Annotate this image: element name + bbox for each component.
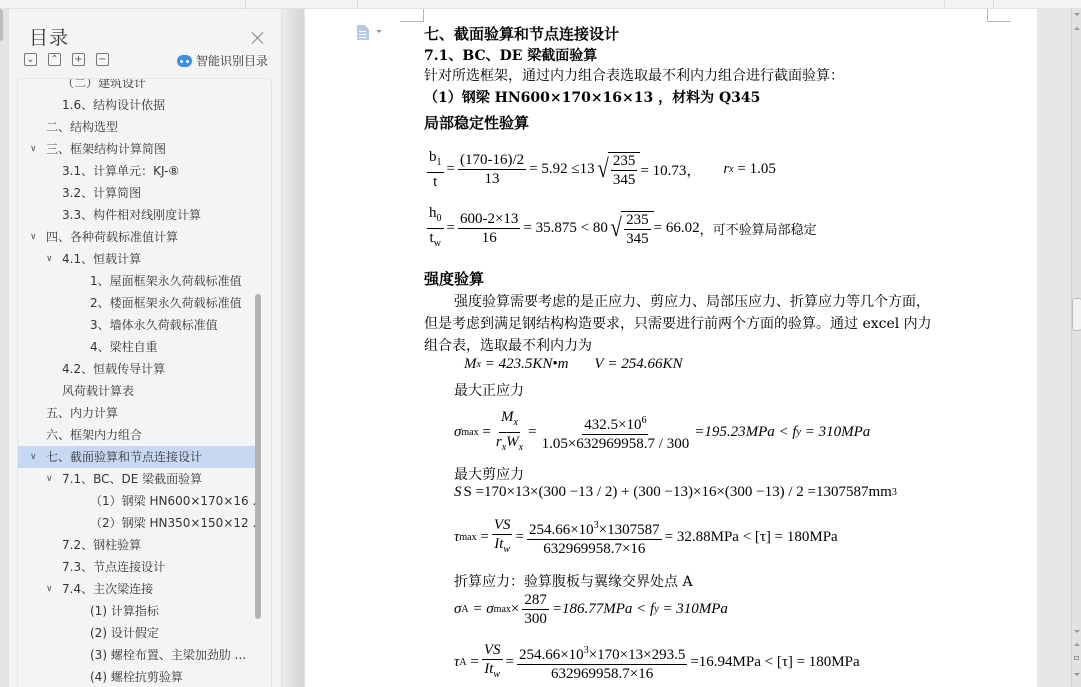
sqrt: √235345 bbox=[609, 211, 654, 247]
toc-item[interactable]: (3) 螺栓布置、主梁加劲肋 ... bbox=[18, 644, 255, 666]
toc-item-label: 2、楼面框架永久荷载标准值 bbox=[90, 292, 242, 314]
paragraph-doc-icon[interactable] bbox=[357, 25, 369, 40]
smart-recognize-toc-button[interactable]: 智能识别目录 bbox=[177, 52, 268, 69]
toolbar-separator bbox=[944, 0, 945, 9]
crop-mark-left bbox=[400, 9, 424, 22]
toc-list-container: （二）建筑设计1.6、结构设计依据二、结构选型∨三、框架结构计算简图3.1、计算… bbox=[17, 78, 272, 687]
chevron-down-icon[interactable]: ∨ bbox=[46, 248, 56, 270]
toc-item[interactable]: 1、屋面框架永久荷载标准值 bbox=[18, 270, 255, 292]
top-toolbar-strip bbox=[0, 0, 1081, 9]
toolbar-separator bbox=[993, 0, 994, 9]
toc-item[interactable]: 风荷载计算表 bbox=[18, 380, 255, 402]
toc-item-label: 三、框架结构计算简图 bbox=[46, 138, 166, 160]
local-stability-title: 局部稳定性验算 bbox=[424, 112, 529, 133]
remove-item-button[interactable]: − bbox=[96, 53, 109, 66]
toolbar-separator bbox=[357, 0, 358, 9]
subsection-heading: 7.1、BC、DE 梁截面验算 bbox=[424, 45, 597, 65]
toc-item[interactable]: 五、内力计算 bbox=[18, 402, 255, 424]
toc-item[interactable]: 7.3、节点连接设计 bbox=[18, 556, 255, 578]
max-normal-stress-label: 最大正应力 bbox=[454, 380, 524, 400]
toc-item-label: 7.3、节点连接设计 bbox=[62, 556, 165, 578]
fraction: 600-2×13 16 bbox=[458, 211, 520, 246]
toc-item-label: (2) 设计假定 bbox=[90, 622, 159, 644]
toc-item-label: (4) 螺栓抗剪验算 bbox=[90, 666, 183, 687]
scroll-up-icon[interactable] bbox=[1074, 27, 1080, 30]
reduced-stress-label: 折算应力：验算腹板与翼缘交界处点 A bbox=[454, 571, 693, 591]
fraction: (170-16)/2 13 bbox=[458, 152, 526, 187]
toc-item-label: 二、结构选型 bbox=[46, 116, 118, 138]
toc-item-label: 4.2、恒载传导计算 bbox=[62, 358, 165, 380]
toc-item-label: 五、内力计算 bbox=[46, 402, 118, 424]
equation-normal-stress: σmax = Mx rxWx = 432.5×106 1.05×63296995… bbox=[454, 409, 870, 456]
toc-item-label: 7.1、BC、DE 梁截面验算 bbox=[62, 468, 202, 490]
toc-item[interactable]: 六、框架内力组合 bbox=[18, 424, 255, 446]
toc-item-label: 七、截面验算和节点连接设计 bbox=[46, 446, 202, 468]
toc-item-label: 7.2、钢柱验算 bbox=[62, 534, 141, 556]
toc-item[interactable]: 4.2、恒载传导计算 bbox=[18, 358, 255, 380]
left-edge-panel bbox=[0, 9, 9, 687]
next-page-icon[interactable] bbox=[1074, 673, 1080, 676]
toc-item-label: 六、框架内力组合 bbox=[46, 424, 142, 446]
toc-item[interactable]: （2）钢梁 HN350×150×12 ... bbox=[18, 512, 255, 534]
toc-item-label: （2）钢梁 HN350×150×12 ... bbox=[90, 512, 255, 534]
toc-item[interactable]: 2、楼面框架永久荷载标准值 bbox=[18, 292, 255, 314]
toc-title: 目录 bbox=[29, 23, 69, 50]
expand-all-button[interactable]: ⌃ bbox=[48, 53, 61, 66]
toc-item[interactable]: 二、结构选型 bbox=[18, 116, 255, 138]
fraction: b1 t bbox=[427, 149, 444, 190]
equation-flange-ratio: b1 t = (170-16)/2 13 = 5.92 ≤13 √235345 … bbox=[424, 149, 776, 190]
design-forces: Mx = 423.5KN•m V = 254.66KN bbox=[464, 356, 682, 373]
strength-paragraph-line: 强度验算需要考虑的是正应力、剪应力、局部压应力、折算应力等几个方面， bbox=[454, 291, 930, 311]
toc-item[interactable]: 3.1、计算单元：KJ-⑧ bbox=[18, 160, 255, 182]
toc-item-label: (1) 计算指标 bbox=[90, 600, 159, 622]
toc-item[interactable]: 3.3、构件相对线刚度计算 bbox=[18, 204, 255, 226]
toc-item[interactable]: (1) 计算指标 bbox=[18, 600, 255, 622]
toc-item-label: 1.6、结构设计依据 bbox=[62, 94, 165, 116]
toc-panel: 目录 ⌄ ⌃ + − 智能识别目录 （二）建筑设计1.6、结构设计依据二、结构选… bbox=[9, 9, 282, 687]
panel-gutter bbox=[282, 9, 304, 687]
fraction: h0 tw bbox=[427, 205, 444, 252]
add-item-button[interactable]: + bbox=[72, 53, 85, 66]
scrollbar-thumb[interactable] bbox=[1072, 298, 1081, 331]
toc-item[interactable]: ∨三、框架结构计算简图 bbox=[18, 138, 255, 160]
scroll-down-icon[interactable] bbox=[1074, 630, 1080, 633]
collapse-all-button[interactable]: ⌄ bbox=[24, 53, 37, 66]
toc-item[interactable]: （二）建筑设计 bbox=[18, 78, 255, 94]
fraction: VS Itw bbox=[492, 517, 513, 558]
fraction: Mx rxWx bbox=[494, 409, 525, 456]
toolbar-separator bbox=[245, 0, 246, 9]
toc-scrollbar-thumb[interactable] bbox=[255, 294, 261, 619]
fraction: 254.66×103×1307587 632969958.7×16 bbox=[527, 518, 662, 557]
toc-item[interactable]: 3.2、计算简图 bbox=[18, 182, 255, 204]
sqrt: √235345 bbox=[596, 152, 641, 188]
equation-web-ratio: h0 tw = 600-2×13 16 = 35.875 < 80 √23534… bbox=[424, 205, 817, 252]
toc-item[interactable]: (2) 设计假定 bbox=[18, 622, 255, 644]
toc-item-label: 1、屋面框架永久荷载标准值 bbox=[90, 270, 242, 292]
document-scrollbar[interactable] bbox=[1071, 9, 1081, 687]
chevron-down-icon[interactable]: ∨ bbox=[30, 138, 40, 160]
toc-item-label: 风荷载计算表 bbox=[62, 380, 134, 402]
select-browse-object-icon[interactable] bbox=[1074, 656, 1079, 660]
toc-item-label: （二）建筑设计 bbox=[62, 78, 146, 94]
fraction: 254.66×103×170×13×293.5 632969958.7×16 bbox=[517, 643, 687, 682]
toc-item-label: (3) 螺栓布置、主梁加劲肋 ... bbox=[90, 644, 246, 666]
panel-collapse-handle[interactable] bbox=[0, 9, 3, 41]
previous-page-icon[interactable] bbox=[1074, 643, 1080, 646]
toc-item-label: 4.1、恒载计算 bbox=[62, 248, 141, 270]
close-icon[interactable] bbox=[251, 31, 265, 45]
chevron-down-icon[interactable]: ∨ bbox=[46, 578, 56, 600]
strength-title: 强度验算 bbox=[424, 268, 484, 289]
fraction: 287 300 bbox=[522, 592, 549, 627]
equation-sigma-a: σA = σmax × 287 300 =186.77MPa < fy = 31… bbox=[454, 592, 728, 627]
toc-item[interactable]: ∨7.1、BC、DE 梁截面验算 bbox=[18, 468, 255, 490]
equation-static-moment: SS =170×13×(300 −13 / 2) + (300 −13)×16×… bbox=[454, 484, 897, 501]
toc-item[interactable]: (4) 螺栓抗剪验算 bbox=[18, 666, 255, 687]
strength-paragraph-line: 组合表，选取最不利内力为 bbox=[424, 335, 592, 355]
toc-toolbar: ⌄ ⌃ + − bbox=[24, 53, 109, 67]
toc-item[interactable]: 3、墙体永久荷载标准值 bbox=[18, 314, 255, 336]
toc-item-label: 3.3、构件相对线刚度计算 bbox=[62, 204, 201, 226]
intro-paragraph: 针对所选框架，通过内力组合表选取最不利内力组合进行截面验算： bbox=[424, 65, 844, 85]
scroll-top-icon[interactable] bbox=[1074, 13, 1080, 16]
toc-item-label: 3、墙体永久荷载标准值 bbox=[90, 314, 218, 336]
chevron-down-icon[interactable]: ∨ bbox=[46, 468, 56, 490]
toc-item[interactable]: 7.2、钢柱验算 bbox=[18, 534, 255, 556]
toc-item-label: 4、梁柱自重 bbox=[90, 336, 158, 358]
fraction: VS Itw bbox=[482, 642, 503, 683]
toc-item-label: 3.1、计算单元：KJ-⑧ bbox=[62, 160, 179, 182]
crop-mark-right bbox=[987, 9, 1011, 22]
fraction: 432.5×106 1.05×632969958.7 / 300 bbox=[540, 413, 692, 452]
equation-tau-a: τA = VS Itw = 254.66×103×170×13×293.5 63… bbox=[454, 642, 860, 683]
toc-item[interactable]: 1.6、结构设计依据 bbox=[18, 94, 255, 116]
toc-item[interactable]: ∨7.4、主次梁连接 bbox=[18, 578, 255, 600]
toc-item-label: （1）钢梁 HN600×170×16 ... bbox=[90, 490, 255, 512]
max-shear-stress-label: 最大剪应力 bbox=[454, 464, 524, 484]
beam-title: （1）钢梁 HN600×170×16×13 ，材料为 Q345 bbox=[424, 87, 760, 107]
chevron-down-icon[interactable]: ∨ bbox=[30, 226, 40, 248]
toc-item-label: 四、各种荷载标准值计算 bbox=[46, 226, 178, 248]
smart-assistant-icon bbox=[177, 55, 192, 67]
section-heading: 七、截面验算和节点连接设计 bbox=[424, 23, 619, 44]
toc-item[interactable]: ∨四、各种荷载标准值计算 bbox=[18, 226, 255, 248]
equation-shear-stress: τmax = VS Itw = 254.66×103×1307587 63296… bbox=[454, 517, 838, 558]
strength-paragraph-line: 但是考虑到满足钢结构构造要求，只需要进行前两个方面的验算。通过 excel 内力 bbox=[424, 313, 932, 333]
toc-item[interactable]: 4、梁柱自重 bbox=[18, 336, 255, 358]
toc-item[interactable]: ∨4.1、恒载计算 bbox=[18, 248, 255, 270]
smart-recognize-label: 智能识别目录 bbox=[196, 52, 268, 69]
chevron-down-icon[interactable] bbox=[376, 30, 382, 33]
document-page: 七、截面验算和节点连接设计 7.1、BC、DE 梁截面验算 针对所选框架，通过内… bbox=[305, 9, 1037, 687]
toc-item[interactable]: （1）钢梁 HN600×170×16 ... bbox=[18, 490, 255, 512]
toc-item-label: 3.2、计算简图 bbox=[62, 182, 141, 204]
chevron-down-icon[interactable]: ∨ bbox=[30, 446, 40, 468]
toc-item[interactable]: ∨七、截面验算和节点连接设计 bbox=[18, 446, 255, 468]
toc-item-label: 7.4、主次梁连接 bbox=[62, 578, 153, 600]
